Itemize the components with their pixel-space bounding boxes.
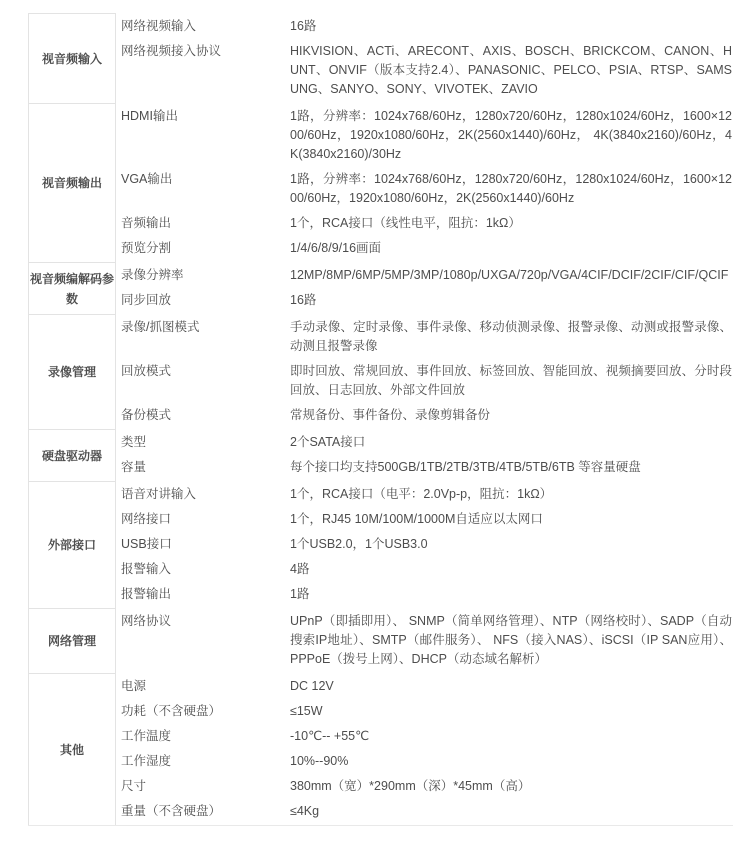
param-value: 1个，RJ45 10M/100M/1000M自适应以太网口 <box>290 510 733 529</box>
spec-row: 工作湿度10%--90% <box>116 749 733 774</box>
param-label: 重量（不含硬盘） <box>116 802 290 821</box>
param-label: 工作温度 <box>116 727 290 746</box>
section-rows: 网络视频输入16路网络视频接入协议HIKVISION、ACTi、ARECONT、… <box>116 13 733 103</box>
param-label: 同步回放 <box>116 291 290 310</box>
spec-row: 尺寸380mm（宽）*290mm（深）*45mm（高） <box>116 774 733 799</box>
spec-row: 功耗（不含硬盘）≤15W <box>116 699 733 724</box>
spec-row: 回放模式即时回放、常规回放、事件回放、标签回放、智能回放、视频摘要回放、分时段回… <box>116 359 733 403</box>
param-label: 尺寸 <box>116 777 290 796</box>
section-rows: 语音对讲输入1个，RCA接口（电平：2.0Vp-p，阻抗：1kΩ）网络接口1个，… <box>116 481 733 608</box>
category-cell: 硬盘驱动器 <box>28 429 116 481</box>
spec-row: 录像分辨率12MP/8MP/6MP/5MP/3MP/1080p/UXGA/720… <box>116 263 733 288</box>
param-value: -10℃-- +55℃ <box>290 727 733 746</box>
param-label: 类型 <box>116 433 290 452</box>
spec-row: 同步回放16路 <box>116 288 733 313</box>
spec-row: 网络接口1个，RJ45 10M/100M/1000M自适应以太网口 <box>116 507 733 532</box>
param-value: 4路 <box>290 560 733 579</box>
spec-row: 报警输入4路 <box>116 557 733 582</box>
spec-row: 网络视频输入16路 <box>116 14 733 39</box>
param-value: 常规备份、事件备份、录像剪辑备份 <box>290 406 733 425</box>
param-value: 1个USB2.0，1个USB3.0 <box>290 535 733 554</box>
category-cell: 外部接口 <box>28 481 116 608</box>
spec-row: USB接口1个USB2.0，1个USB3.0 <box>116 532 733 557</box>
param-label: 报警输入 <box>116 560 290 579</box>
param-value: 即时回放、常规回放、事件回放、标签回放、智能回放、视频摘要回放、分时段回放、日志… <box>290 362 733 400</box>
param-label: 网络协议 <box>116 612 290 631</box>
param-value: 1个，RCA接口（线性电平，阻抗：1kΩ） <box>290 214 733 233</box>
param-label: 报警输出 <box>116 585 290 604</box>
spec-row: 网络协议UPnP（即插即用）、 SNMP（简单网络管理）、NTP（网络校时）、S… <box>116 609 733 672</box>
spec-section: 外部接口语音对讲输入1个，RCA接口（电平：2.0Vp-p，阻抗：1kΩ）网络接… <box>28 481 733 608</box>
param-value: ≤4Kg <box>290 802 733 821</box>
param-value: 每个接口均支持500GB/1TB/2TB/3TB/4TB/5TB/6TB 等容量… <box>290 458 733 477</box>
param-label: 预览分割 <box>116 239 290 258</box>
spec-section: 视音频编解码参数录像分辨率12MP/8MP/6MP/5MP/3MP/1080p/… <box>28 262 733 314</box>
spec-row: 报警输出1路 <box>116 582 733 607</box>
spec-row: 网络视频接入协议HIKVISION、ACTi、ARECONT、AXIS、BOSC… <box>116 39 733 102</box>
spec-section: 视音频输入网络视频输入16路网络视频接入协议HIKVISION、ACTi、ARE… <box>28 13 733 103</box>
param-label: 容量 <box>116 458 290 477</box>
param-value: 16路 <box>290 17 733 36</box>
param-label: 功耗（不含硬盘） <box>116 702 290 721</box>
category-cell: 网络管理 <box>28 608 116 673</box>
spec-section: 其他电源DC 12V功耗（不含硬盘）≤15W工作温度-10℃-- +55℃工作湿… <box>28 673 733 825</box>
section-rows: 类型2个SATA接口容量每个接口均支持500GB/1TB/2TB/3TB/4TB… <box>116 429 733 481</box>
section-rows: 电源DC 12V功耗（不含硬盘）≤15W工作温度-10℃-- +55℃工作湿度1… <box>116 673 733 825</box>
param-value: 16路 <box>290 291 733 310</box>
param-value: 1路，分辨率：1024x768/60Hz，1280x720/60Hz，1280x… <box>290 170 733 208</box>
param-value: 380mm（宽）*290mm（深）*45mm（高） <box>290 777 733 796</box>
spec-row: 预览分割1/4/6/8/9/16画面 <box>116 236 733 261</box>
section-rows: 录像分辨率12MP/8MP/6MP/5MP/3MP/1080p/UXGA/720… <box>116 262 733 314</box>
param-value: 10%--90% <box>290 752 733 771</box>
spec-row: 语音对讲输入1个，RCA接口（电平：2.0Vp-p，阻抗：1kΩ） <box>116 482 733 507</box>
category-cell: 其他 <box>28 673 116 825</box>
spec-row: VGA输出1路，分辨率：1024x768/60Hz，1280x720/60Hz，… <box>116 167 733 211</box>
param-label: 网络视频输入 <box>116 17 290 36</box>
param-label: 备份模式 <box>116 406 290 425</box>
spec-row: 容量每个接口均支持500GB/1TB/2TB/3TB/4TB/5TB/6TB 等… <box>116 455 733 480</box>
product-spec-table: 视音频输入网络视频输入16路网络视频接入协议HIKVISION、ACTi、ARE… <box>28 13 733 826</box>
category-cell: 视音频编解码参数 <box>28 262 116 314</box>
param-value: 12MP/8MP/6MP/5MP/3MP/1080p/UXGA/720p/VGA… <box>290 266 733 285</box>
spec-row: HDMI输出1路，分辨率：1024x768/60Hz，1280x720/60Hz… <box>116 104 733 167</box>
param-label: 语音对讲输入 <box>116 485 290 504</box>
param-value: 1/4/6/8/9/16画面 <box>290 239 733 258</box>
param-label: 网络接口 <box>116 510 290 529</box>
param-value: HIKVISION、ACTi、ARECONT、AXIS、BOSCH、BRICKC… <box>290 42 733 99</box>
category-cell: 录像管理 <box>28 314 116 429</box>
param-value: 手动录像、定时录像、事件录像、移动侦测录像、报警录像、动测或报警录像、动测且报警… <box>290 318 733 356</box>
param-value: 1路，分辨率：1024x768/60Hz，1280x720/60Hz，1280x… <box>290 107 733 164</box>
param-label: 录像分辨率 <box>116 266 290 285</box>
spec-row: 电源DC 12V <box>116 674 733 699</box>
spec-section: 录像管理录像/抓图模式手动录像、定时录像、事件录像、移动侦测录像、报警录像、动测… <box>28 314 733 429</box>
param-label: HDMI输出 <box>116 107 290 126</box>
param-label: 录像/抓图模式 <box>116 318 290 337</box>
param-value: 1个，RCA接口（电平：2.0Vp-p，阻抗：1kΩ） <box>290 485 733 504</box>
param-value: 1路 <box>290 585 733 604</box>
spec-row: 录像/抓图模式手动录像、定时录像、事件录像、移动侦测录像、报警录像、动测或报警录… <box>116 315 733 359</box>
spec-section: 视音频输出HDMI输出1路，分辨率：1024x768/60Hz，1280x720… <box>28 103 733 262</box>
param-value: DC 12V <box>290 677 733 696</box>
spec-row: 工作温度-10℃-- +55℃ <box>116 724 733 749</box>
param-value: UPnP（即插即用）、 SNMP（简单网络管理）、NTP（网络校时）、SADP（… <box>290 612 733 669</box>
param-label: VGA输出 <box>116 170 290 189</box>
param-value: 2个SATA接口 <box>290 433 733 452</box>
param-label: 网络视频接入协议 <box>116 42 290 61</box>
spec-row: 重量（不含硬盘）≤4Kg <box>116 799 733 824</box>
spec-row: 备份模式常规备份、事件备份、录像剪辑备份 <box>116 403 733 428</box>
category-cell: 视音频输入 <box>28 13 116 103</box>
spec-row: 音频输出1个，RCA接口（线性电平，阻抗：1kΩ） <box>116 211 733 236</box>
section-rows: HDMI输出1路，分辨率：1024x768/60Hz，1280x720/60Hz… <box>116 103 733 262</box>
param-label: USB接口 <box>116 535 290 554</box>
param-value: ≤15W <box>290 702 733 721</box>
spec-section: 网络管理网络协议UPnP（即插即用）、 SNMP（简单网络管理）、NTP（网络校… <box>28 608 733 673</box>
section-rows: 录像/抓图模式手动录像、定时录像、事件录像、移动侦测录像、报警录像、动测或报警录… <box>116 314 733 429</box>
section-rows: 网络协议UPnP（即插即用）、 SNMP（简单网络管理）、NTP（网络校时）、S… <box>116 608 733 673</box>
spec-row: 类型2个SATA接口 <box>116 430 733 455</box>
param-label: 回放模式 <box>116 362 290 381</box>
category-cell: 视音频输出 <box>28 103 116 262</box>
param-label: 工作湿度 <box>116 752 290 771</box>
page: 视音频输入网络视频输入16路网络视频接入协议HIKVISION、ACTi、ARE… <box>0 13 750 856</box>
spec-section: 硬盘驱动器类型2个SATA接口容量每个接口均支持500GB/1TB/2TB/3T… <box>28 429 733 481</box>
param-label: 电源 <box>116 677 290 696</box>
param-label: 音频输出 <box>116 214 290 233</box>
